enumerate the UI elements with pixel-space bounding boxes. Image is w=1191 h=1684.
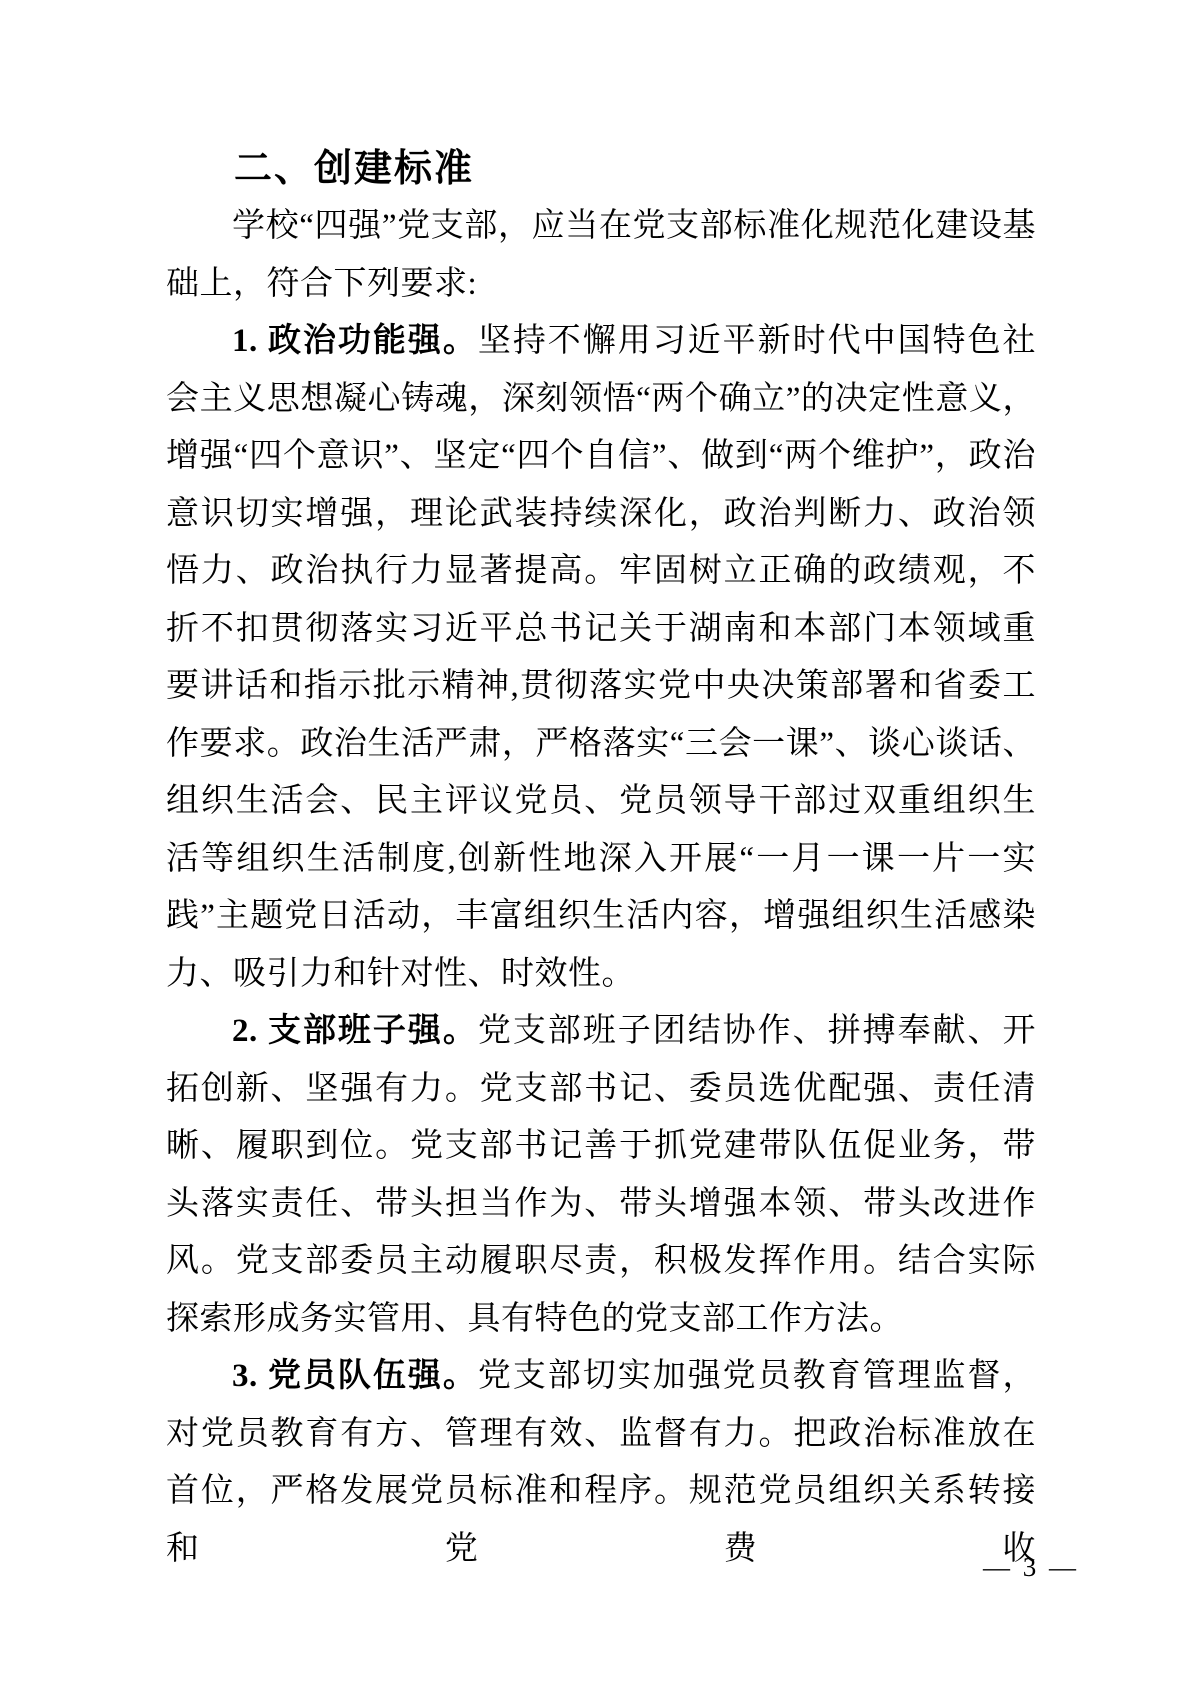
document-content: 二、创建标准 学校“四强”党支部，应当在党支部标准化规范化建设基础上，符合下列要… [166, 140, 1036, 1578]
intro-paragraph: 学校“四强”党支部，应当在党支部标准化规范化建设基础上，符合下列要求: [166, 198, 1036, 313]
page-number: — 3 — [983, 1552, 1079, 1583]
item-3-lead: 3. 党员队伍强。 [232, 1358, 478, 1394]
item-paragraph-2: 2. 支部班子强。党支部班子团结协作、拼搏奉献、开拓创新、坚强有力。党支部书记、… [166, 1003, 1036, 1348]
item-paragraph-1: 1. 政治功能强。坚持不懈用习近平新时代中国特色社会主义思想凝心铸魂，深刻领悟“… [166, 313, 1036, 1003]
document-page: 二、创建标准 学校“四强”党支部，应当在党支部标准化规范化建设基础上，符合下列要… [0, 0, 1191, 1684]
item-1-lead: 1. 政治功能强。 [232, 323, 478, 359]
item-2-body: 党支部班子团结协作、拼搏奉献、开拓创新、坚强有力。党支部书记、委员选优配强、责任… [166, 1013, 1036, 1337]
item-2-lead: 2. 支部班子强。 [232, 1013, 478, 1049]
section-heading: 二、创建标准 [166, 140, 1036, 198]
item-1-body: 坚持不懈用习近平新时代中国特色社会主义思想凝心铸魂，深刻领悟“两个确立”的决定性… [166, 323, 1036, 992]
item-paragraph-3: 3. 党员队伍强。党支部切实加强党员教育管理监督，对党员教育有方、管理有效、监督… [166, 1348, 1036, 1578]
